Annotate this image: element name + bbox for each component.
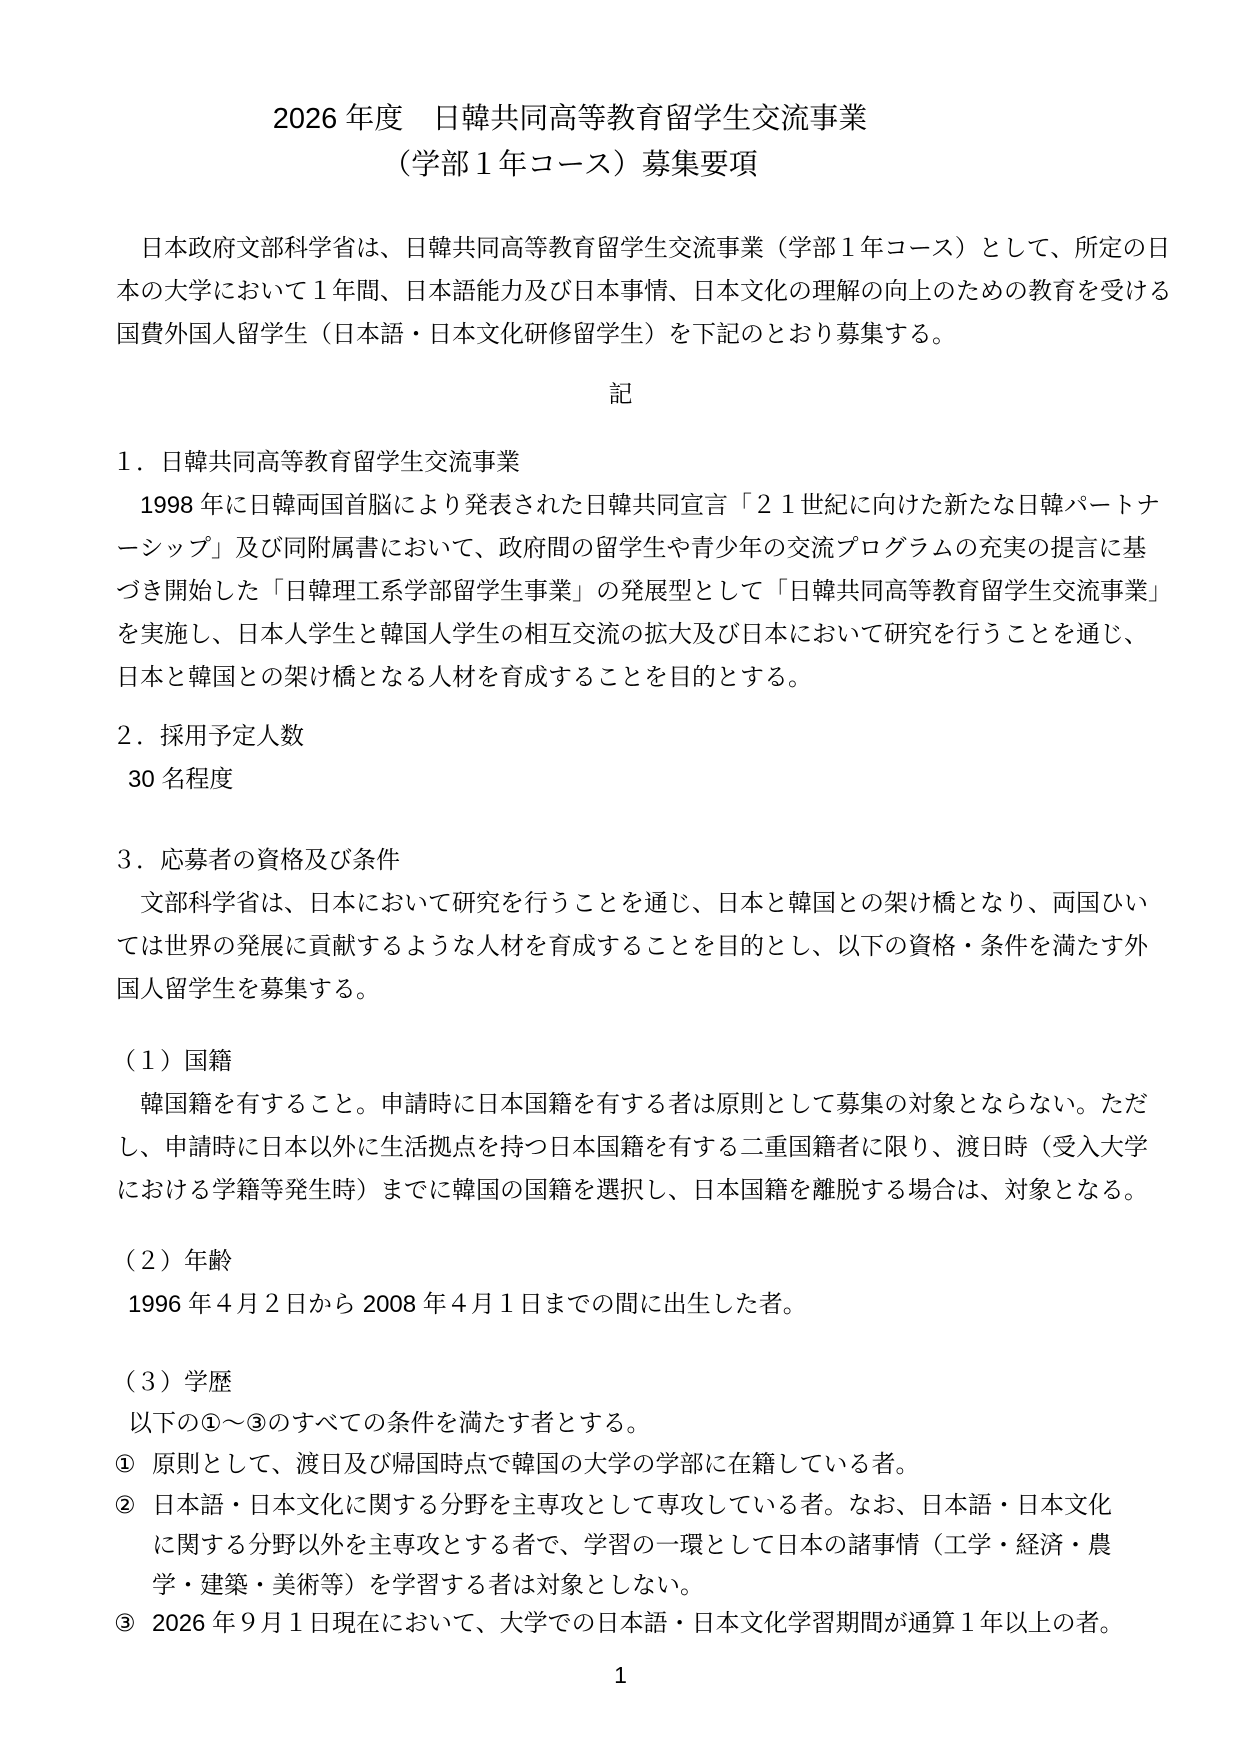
section-3-line: 文部科学省は、日本において研究を行うことを通じ、日本と韓国との架け橋となり、両国… — [116, 889, 1148, 919]
subsection-1-line: における学籍等発生時）までに韓国の国籍を選択し、日本国籍を離脱する場合は、対象と… — [116, 1176, 1148, 1206]
list-item-1-text: 原則として、渡日及び帰国時点で韓国の大学の学部に在籍している者。 — [152, 1450, 920, 1480]
subsection-3-intro: 以下の①～③のすべての条件を満たす者とする。 — [128, 1409, 651, 1439]
subsection-1-heading: （１）国籍 — [112, 1047, 232, 1077]
intro-paragraph-line: 日本政府文部科学省は、日韓共同高等教育留学生交流事業（学部１年コース）として、所… — [116, 234, 1170, 264]
list-item-1-marker: ① — [114, 1450, 136, 1480]
subsection-2-heading: （２）年齢 — [112, 1247, 232, 1277]
section-2-body: 30 名程度 — [128, 765, 233, 795]
list-item-3-text: 2026 年９月１日現在において、大学での日本語・日本文化学習期間が通算１年以上… — [152, 1609, 1124, 1639]
document-title-line1: 2026 年度 日韓共同高等教育留学生交流事業 — [0, 100, 1140, 138]
section-1-line: 1998 年に日韓両国首脳により発表された日韓共同宣言「２１世紀に向けた新たな日… — [116, 491, 1160, 521]
section-1-line: づき開始した「日韓理工系学部留学生事業」の発展型として「日韓共同高等教育留学生交… — [116, 577, 1172, 607]
section-3-line: ては世界の発展に貢献するような人材を育成することを目的とし、以下の資格・条件を満… — [116, 932, 1148, 962]
section-1-line: 日本と韓国との架け橋となる人材を育成することを目的とする。 — [116, 663, 812, 693]
list-item-3-marker: ③ — [114, 1609, 136, 1639]
list-item-2-text: に関する分野以外を主専攻とする者で、学習の一環として日本の諸事情（工学・経済・農 — [152, 1531, 1112, 1561]
section-1-heading: １．日韓共同高等教育留学生交流事業 — [112, 448, 520, 478]
list-item-2-text: 学・建築・美術等）を学習する者は対象としない。 — [152, 1571, 704, 1601]
document-title-line2: （学部１年コース）募集要項 — [0, 146, 1140, 184]
section-1-line: ーシップ」及び同附属書において、政府間の留学生や青少年の交流プログラムの充実の提… — [116, 534, 1146, 564]
subsection-1-line: し、申請時に日本以外に生活拠点を持つ日本国籍を有する二重国籍者に限り、渡日時（受… — [116, 1133, 1148, 1163]
document-page: 2026 年度 日韓共同高等教育留学生交流事業 （学部１年コース）募集要項 日本… — [0, 0, 1241, 1754]
list-item-2-marker: ② — [114, 1491, 136, 1521]
page-number: 1 — [0, 1662, 1241, 1689]
list-item-2-text: 日本語・日本文化に関する分野を主専攻として専攻している者。なお、日本語・日本文化 — [152, 1491, 1112, 1521]
section-2-heading: ２．採用予定人数 — [112, 722, 304, 752]
subsection-3-heading: （３）学歴 — [112, 1368, 232, 1398]
ki-marker: 記 — [0, 380, 1241, 410]
subsection-1-line: 韓国籍を有すること。申請時に日本国籍を有する者は原則として募集の対象とならない。… — [116, 1090, 1148, 1120]
section-1-line: を実施し、日本人学生と韓国人学生の相互交流の拡大及び日本において研究を行うことを… — [116, 620, 1148, 650]
intro-paragraph-line: 国費外国人留学生（日本語・日本文化研修留学生）を下記のとおり募集する。 — [116, 320, 956, 350]
section-3-heading: ３．応募者の資格及び条件 — [112, 846, 400, 876]
section-3-line: 国人留学生を募集する。 — [116, 975, 380, 1005]
subsection-2-body: 1996 年４月２日から 2008 年４月１日までの間に出生した者。 — [128, 1290, 807, 1320]
intro-paragraph-line: 本の大学において１年間、日本語能力及び日本事情、日本文化の理解の向上のための教育… — [116, 277, 1172, 307]
